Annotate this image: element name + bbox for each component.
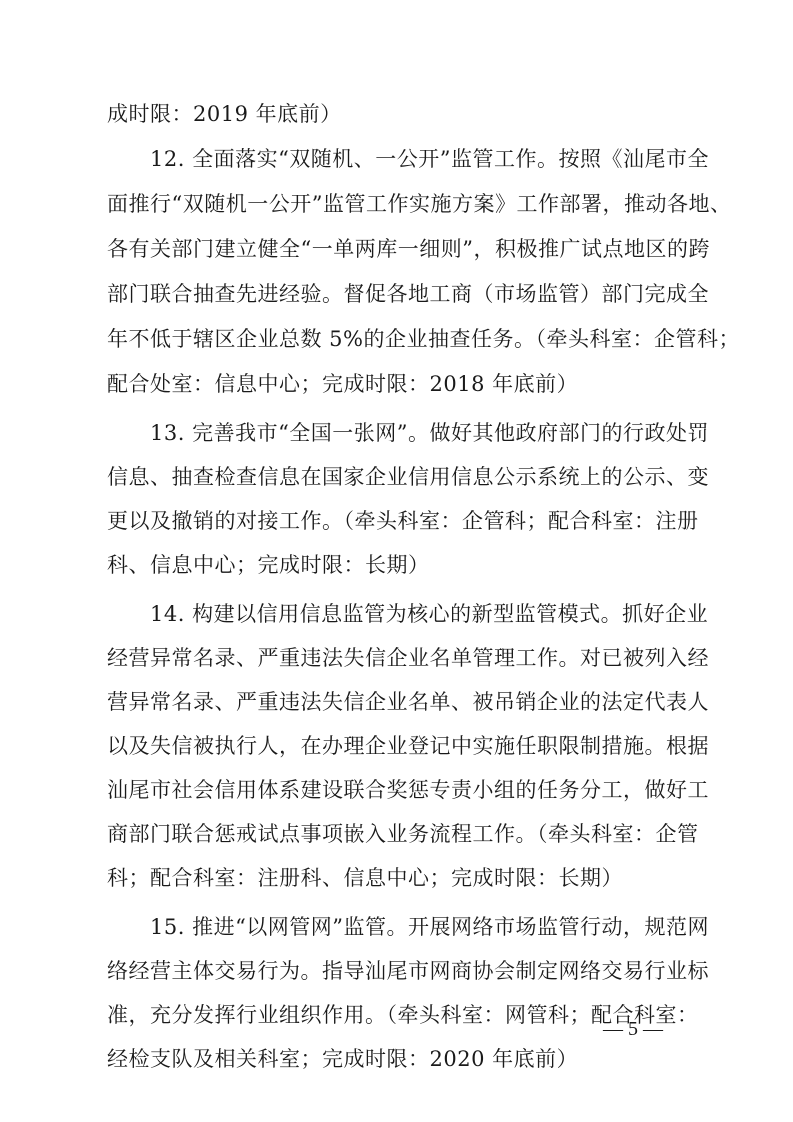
text-line: 商部门联合惩戒试点事项嵌入业务流程工作。（牵头科室：企管 bbox=[107, 819, 687, 849]
item-13-heading: 13. 完善我市“全国一张网”。做好其他政府部门的行政处罚 bbox=[150, 418, 730, 448]
text-line: 成时限：2019 年底前） bbox=[107, 99, 687, 129]
page-number: — 5 — bbox=[603, 1018, 663, 1041]
text-line: 部门联合抽查先进经验。督促各地工商（市场监管）部门完成全 bbox=[107, 279, 687, 309]
item-15-heading: 15. 推进“以网管网”监管。开展网络市场监管行动，规范网 bbox=[150, 912, 730, 942]
text-line: 科；配合科室：注册科、信息中心；完成时限：长期） bbox=[107, 863, 687, 893]
item-12-heading: 12. 全面落实“双随机、一公开”监管工作。按照《汕尾市全 bbox=[150, 144, 730, 174]
text-line: 面推行“双随机一公开”监管工作实施方案》工作部署，推动各地、 bbox=[107, 189, 687, 219]
text-line: 配合处室：信息中心；完成时限：2018 年底前） bbox=[107, 369, 687, 399]
item-14-heading: 14. 构建以信用信息监管为核心的新型监管模式。抓好企业 bbox=[150, 599, 730, 629]
text-line: 营异常名录、严重违法失信企业名单、被吊销企业的法定代表人 bbox=[107, 687, 687, 717]
text-line: 以及失信被执行人，在办理企业登记中实施任职限制措施。根据 bbox=[107, 731, 687, 761]
text-line: 汕尾市社会信用体系建设联合奖惩专责小组的任务分工，做好工 bbox=[107, 775, 687, 805]
document-page: 成时限：2019 年底前） 12. 全面落实“双随机、一公开”监管工作。按照《汕… bbox=[0, 0, 793, 1122]
text-line: 信息、抽查检查信息在国家企业信用信息公示系统上的公示、变 bbox=[107, 462, 687, 492]
text-line: 准，充分发挥行业组织作用。（牵头科室：网管科；配合科室： bbox=[107, 1000, 687, 1030]
text-line: 更以及撤销的对接工作。（牵头科室：企管科；配合科室：注册 bbox=[107, 506, 687, 536]
text-line: 各有关部门建立健全“一单两库一细则”，积极推广试点地区的跨 bbox=[107, 234, 687, 264]
text-line: 经检支队及相关科室；完成时限：2020 年底前） bbox=[107, 1044, 687, 1074]
text-line: 经营异常名录、严重违法失信企业名单管理工作。对已被列入经 bbox=[107, 643, 687, 673]
text-line: 年不低于辖区企业总数 5%的企业抽查任务。（牵头科室：企管科； bbox=[107, 324, 687, 354]
text-line: 络经营主体交易行为。指导汕尾市网商协会制定网络交易行业标 bbox=[107, 956, 687, 986]
text-line: 科、信息中心；完成时限：长期） bbox=[107, 550, 687, 580]
